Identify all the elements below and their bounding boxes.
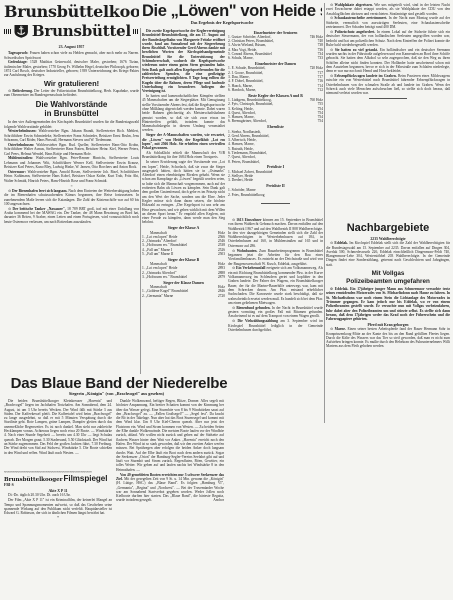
filmspiegel: ≈≈≈≈≈≈≈≈≈≈≈≈≈≈≈≈≈≈≈≈≈≈≈≈≈≈≈≈≈≈≈≈≈≈≈≈≈≈≈≈… bbox=[4, 470, 112, 580]
kegel-subhead: Das Ergebnis der Kegelsportwoche bbox=[142, 21, 322, 25]
gratulieren-heading: Wir gratulieren! bbox=[4, 79, 139, 88]
end-mark: * bbox=[4, 516, 112, 520]
anchor-crest-icon bbox=[13, 21, 29, 41]
table-row: 5. „Fall um" Marne II2503 bbox=[142, 252, 225, 256]
kegel-paragraph: In seiner Erwiderung sagte der Vorsitzen… bbox=[142, 160, 225, 224]
kegel-header: Die „Löwen" von Heide siegten Das Ergebn… bbox=[142, 2, 322, 28]
divider bbox=[369, 98, 406, 99]
kegel-paragraph: In harten und kameradschaftlichen Kämpfe… bbox=[142, 94, 225, 133]
blaue-band-col2: Dunkle Wolkenwand, heftiger Regen, Blitz… bbox=[116, 399, 224, 599]
einzel-senioren: Einzelmeister der Senioren 1. Gustav Sch… bbox=[228, 31, 323, 61]
einzel-damen: Einzelmeister der Damen 1. E. Schade, Br… bbox=[228, 62, 323, 92]
blaue-band-subhead: Siegerin „Königin" (von „Brachvogel" aus… bbox=[4, 392, 324, 396]
results-table-damen: Sieger der Klasse Damen MannschaftHolz 1… bbox=[142, 281, 225, 298]
headline-line-1: Die Wahlvorstände bbox=[4, 100, 139, 109]
table-row: 2. „Germania" Marne2720 bbox=[142, 294, 225, 298]
kegel-paragraph: Sieger der A-Mannschaften wurden, wie er… bbox=[142, 133, 225, 150]
column-rule bbox=[140, 28, 141, 374]
left-top-section: 23. August 1957 Tagesspruch: Frauen habe… bbox=[4, 45, 139, 225]
filmspiegel-headline-a: Brunsbüttelkooger bbox=[4, 477, 63, 483]
wahl-entry: Westerbelmhusen: Wahlvorsteher Bgm. Joha… bbox=[4, 129, 139, 142]
theater-name: FBI-S bbox=[4, 483, 112, 487]
vollgas-headline: Mit Vollgas Polizeibeamten umgefahren bbox=[326, 270, 450, 285]
table-row: 6. Hardock, Marne,712 bbox=[228, 88, 323, 92]
nachbargebiete: Nachbargebiete 2235 Wahlberechtigte ⊙ Ed… bbox=[326, 222, 450, 422]
table-row: 6. Schulz, Marne,733 bbox=[228, 56, 323, 60]
news-item: ⊙ Sie hatten zu viel getankt. Ein hollän… bbox=[326, 48, 450, 74]
news-item: ⊙ 1613 Einwohner können am 15. September… bbox=[228, 218, 323, 248]
blaue-band-headline: Das Blaue Band der Niederelbe bbox=[4, 376, 324, 392]
film-times: Di.-Do. täglich 20.30 Uhr. Di. auch 16 U… bbox=[4, 493, 112, 497]
masthead-title-top: Brunsbüttelkoog bbox=[4, 3, 139, 20]
kegel-paragraph: Die zweite Kegelsportwoche der Keglerver… bbox=[142, 29, 225, 93]
masthead: Brunsbüttelkoog Brunsbüttel bbox=[4, 3, 139, 43]
film-review: Der Film „Akte X P 11" ist ein Kriminalf… bbox=[4, 498, 112, 515]
kegel-paragraph: Als Schlußlicht erhielt die Mannschaft d… bbox=[142, 151, 225, 160]
preisliste-2: Preisliste II 1. Schröder, Marne 2. Frie… bbox=[228, 184, 323, 197]
news-item: ⊙ Die Viehzählungszählung am 3. Septembe… bbox=[228, 319, 323, 332]
results-table-a: Sieger der Klasse A MannschaftHolz 1. „L… bbox=[142, 226, 225, 256]
list-item: 3. Dredert, Heide bbox=[228, 178, 323, 182]
separator: ≡ bbox=[4, 184, 139, 188]
news-item: ⊙ Wahlplakate abgerissen. Wie uns mitget… bbox=[326, 3, 450, 16]
mid-news: ⊙ 1613 Einwohner können am 15. September… bbox=[228, 218, 323, 376]
table-row: 6. Bremsgärtner, Alterdorf,754 bbox=[228, 119, 323, 123]
news-item: ⊙ Polizeischutz angefordert. In einem Lo… bbox=[326, 30, 450, 47]
masthead-title-bottom: Brunsbüttel bbox=[32, 23, 131, 39]
kegel-headline: Die „Löwen" von Heide siegten bbox=[142, 2, 322, 20]
einzel-results: Einzelmeister der Senioren 1. Gustav Sch… bbox=[228, 29, 323, 206]
wahl-entry: Osterbelmhusen: Wahlvorsteher Bgm. Rud. … bbox=[4, 143, 139, 156]
wahl-entry: Ostermoor: Wahlvorsteher Bgm. Arnold Ros… bbox=[4, 170, 139, 183]
results-table-b: Sieger der Klasse B MannschaftHolz 1. „L… bbox=[142, 258, 225, 279]
list-item: 2. Fries, Brunsbüttelkoog bbox=[228, 193, 323, 197]
right-news: ⊙ Wahlplakate abgerissen. Wie uns mitget… bbox=[326, 3, 450, 221]
wahl-entry: Mühlenstraßen: Wahlvorsteher Bgm. Peter-… bbox=[4, 156, 139, 169]
news-item: ⊙ Wohnbauten. Zum Bauarbeitenprogramm in… bbox=[228, 249, 323, 266]
kegel-article: Die zweite Kegelsportwoche der Keglerver… bbox=[142, 29, 225, 374]
ornament-left bbox=[4, 29, 11, 34]
wahlvorstaende-intro: In den vier Außengemeinden des Kirchspie… bbox=[4, 120, 139, 129]
ornament-right bbox=[133, 29, 139, 34]
table-row: 3. „Holtwurm ers." Brunsbüttel2879 bbox=[142, 275, 225, 279]
wahlvorstaende-headline: Die Wahlvorstände in Brunsbüttel bbox=[4, 100, 139, 118]
news-item: ⊙ Ein Verkehrsunfall ereignete sich am V… bbox=[228, 266, 323, 305]
blaue-band-header: Das Blaue Band der Niederelbe Siegerin „… bbox=[4, 376, 324, 398]
news-item: ⊙ Schaukastenscheibe zertrümmert. In der… bbox=[326, 16, 450, 29]
news-item: ⊙ Erbsenpflückwagen landete im Graben. B… bbox=[326, 74, 450, 95]
einzel-klassen-ab: Beste Kegler der Klassen A und B 1. Lüdt… bbox=[228, 94, 323, 124]
news-item: ⊙ Der britische Tanker „Nassaure", 18 78… bbox=[4, 207, 139, 224]
headline-line-2: in Brunsbüttel bbox=[4, 109, 139, 118]
list-item: 8. Peters, Brunsbüttel, bbox=[228, 160, 323, 164]
preisliste-1: Preisliste I 1. Michael Zobert, Brunsbüt… bbox=[228, 165, 323, 182]
ehrenliste: Ehrenliste 1. Streba, Nordhastedt, 2. Ge… bbox=[228, 125, 323, 164]
news-item: ⊙ Bienenfund gefunden. In der Nacht in B… bbox=[228, 306, 323, 319]
masthead-date: 23. August 1957 bbox=[4, 45, 139, 49]
column-rule bbox=[324, 3, 325, 423]
filmspiegel-headline-b: Filmspiegel bbox=[63, 474, 107, 483]
divider bbox=[261, 203, 290, 204]
blaue-band-col1: Die beiden Brunsbüttelkooger Kleinkreuze… bbox=[4, 399, 112, 469]
nachbargebiete-headline: Nachbargebiete bbox=[326, 222, 450, 235]
news-item: ⊙ Der Bienenhafen leert sich langsam. Na… bbox=[4, 189, 139, 206]
